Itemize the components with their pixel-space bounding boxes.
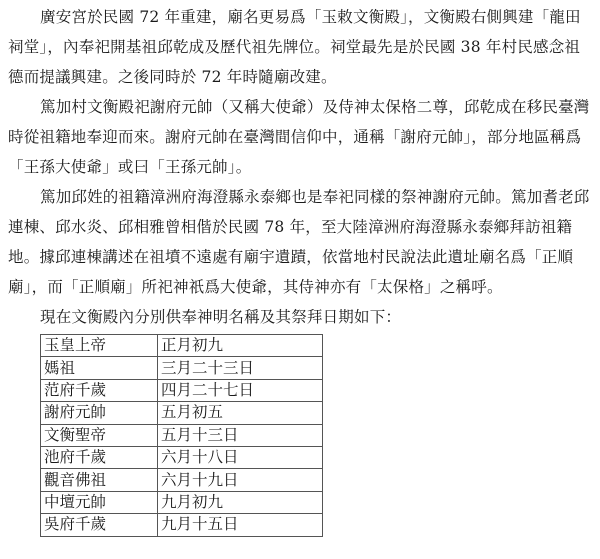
worship-date-cell: 六月十八日 <box>158 446 323 468</box>
deity-name-cell: 媽祖 <box>41 357 158 379</box>
table-row: 池府千歲 六月十八日 <box>41 446 323 468</box>
deity-name-cell: 中壇元帥 <box>41 491 158 513</box>
paragraph-ancestral-visit: 篤加邱姓的祖籍漳洲府海澄縣永泰鄉也是奉祀同樣的祭神謝府元帥。篤加耆老邱連棟、邱水… <box>8 182 594 302</box>
table-row: 媽祖 三月二十三日 <box>41 357 323 379</box>
worship-date-cell: 正月初九 <box>158 335 323 357</box>
deity-name-cell: 文衡聖帝 <box>41 424 158 446</box>
table-row: 范府千歲 四月二十七日 <box>41 379 323 401</box>
worship-date-cell: 五月初五 <box>158 402 323 424</box>
paragraph-table-intro: 現在文衡殿內分別供奉神明名稱及其祭拜日期如下： <box>8 302 594 332</box>
deity-name-cell: 玉皇上帝 <box>41 335 158 357</box>
deity-name-cell: 吳府千歲 <box>41 514 158 536</box>
table-row: 文衡聖帝 五月十三日 <box>41 424 323 446</box>
table-row: 吳府千歲 九月十五日 <box>41 514 323 536</box>
deity-name-cell: 池府千歲 <box>41 446 158 468</box>
worship-date-cell: 六月十九日 <box>158 469 323 491</box>
worship-date-cell: 三月二十三日 <box>158 357 323 379</box>
table-row: 謝府元帥 五月初五 <box>41 402 323 424</box>
worship-date-cell: 九月十五日 <box>158 514 323 536</box>
worship-date-cell: 四月二十七日 <box>158 379 323 401</box>
deity-name-cell: 觀音佛祖 <box>41 469 158 491</box>
table-row: 玉皇上帝 正月初九 <box>41 335 323 357</box>
deity-name-cell: 謝府元帥 <box>41 402 158 424</box>
paragraph-xie-marshal-origin: 篤加村文衡殿祀謝府元帥（又稱大使爺）及侍神太保格二尊，邱乾成在移民臺灣時從祖籍地… <box>8 92 594 182</box>
worship-date-cell: 五月十三日 <box>158 424 323 446</box>
deity-name-cell: 范府千歲 <box>41 379 158 401</box>
document-page: 廣安宮於民國 72 年重建，廟名更易爲「玉敕文衡殿」，文衡殿右側興建「龍田祠堂」… <box>0 0 600 559</box>
deity-worship-dates-table: 玉皇上帝 正月初九 媽祖 三月二十三日 范府千歲 四月二十七日 謝府元帥 五月初… <box>40 334 323 537</box>
table-row: 中壇元帥 九月初九 <box>41 491 323 513</box>
paragraph-guanan-temple-rebuild: 廣安宮於民國 72 年重建，廟名更易爲「玉敕文衡殿」，文衡殿右側興建「龍田祠堂」… <box>8 2 594 92</box>
table-row: 觀音佛祖 六月十九日 <box>41 469 323 491</box>
worship-date-cell: 九月初九 <box>158 491 323 513</box>
